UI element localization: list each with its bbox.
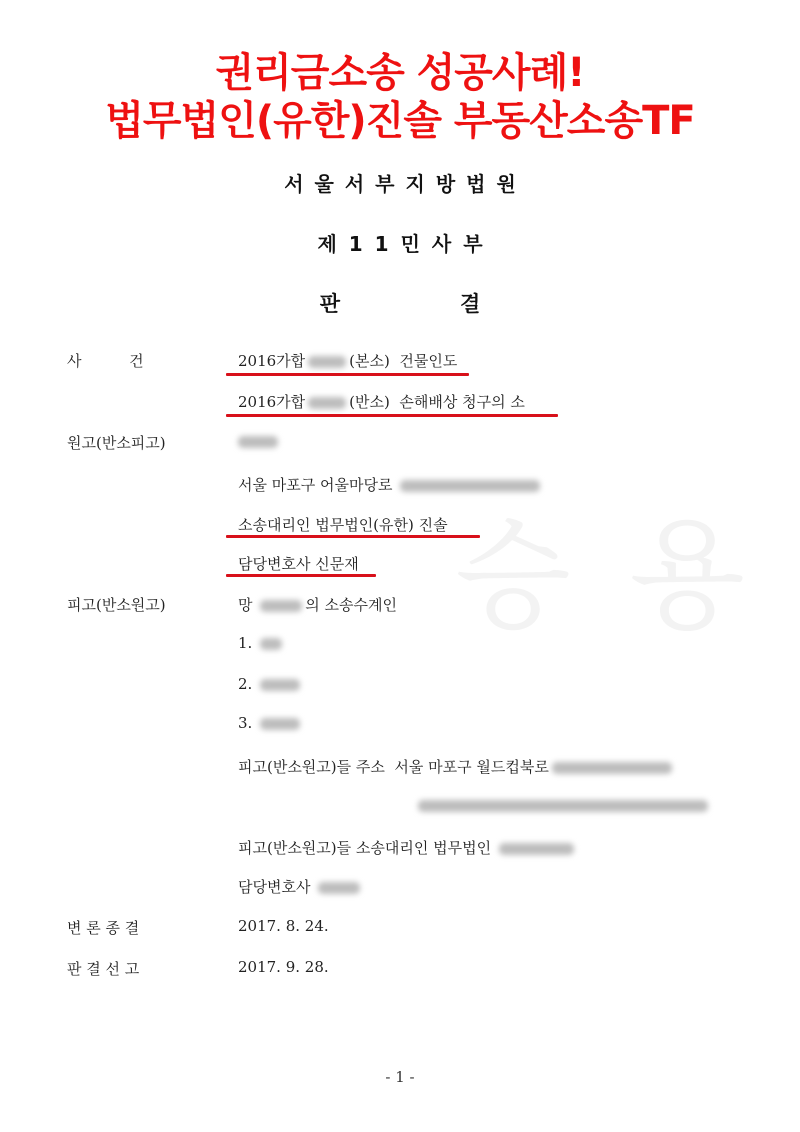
defendant-item-2: 2.	[238, 675, 303, 693]
defendant-address: 피고(반소원고)들 주소 서울 마포구 월드컵북로	[238, 756, 675, 777]
defendant-label: 피고(반소원고)	[67, 594, 166, 615]
redacted-text	[552, 762, 672, 774]
banner-headline: 권리금소송 성공사례!	[0, 50, 800, 96]
defendant-heirs: 망 의 소송수계인	[238, 594, 397, 615]
title-char-left: 판	[320, 288, 340, 318]
sentence-date-label: 판 결 선 고	[67, 958, 139, 979]
document-title: 판결	[0, 288, 800, 318]
court-division: 제11민사부	[0, 228, 800, 257]
highlight-underline	[226, 535, 480, 538]
redacted-text	[318, 882, 360, 894]
redacted-text	[238, 436, 278, 448]
case-label: 사 건	[67, 350, 144, 371]
plaintiff-name	[238, 432, 281, 450]
redacted-text	[260, 600, 302, 612]
closing-date-value: 2017. 8. 24.	[238, 917, 329, 935]
redacted-text	[400, 480, 540, 492]
highlight-underline	[226, 414, 558, 417]
banner-subheadline: 법무법인(유한)진솔 부동산소송TF	[0, 98, 800, 144]
sentence-date-value: 2017. 9. 28.	[238, 958, 329, 976]
page-number: - 1 -	[0, 1068, 800, 1086]
plaintiff-counsel: 소송대리인 법무법인(유한) 진솔	[238, 514, 448, 535]
redacted-text	[499, 843, 574, 855]
court-name: 서울서부지방법원	[0, 168, 800, 197]
redacted-text	[260, 679, 300, 691]
defendant-address-cont	[418, 796, 711, 814]
redacted-text	[260, 638, 282, 650]
redacted-text	[308, 397, 346, 409]
case-number-main: 2016가합(본소) 건물인도	[238, 350, 457, 371]
highlight-underline	[226, 574, 376, 577]
defendant-item-3: 3.	[238, 714, 303, 732]
defendant-item-1: 1.	[238, 634, 285, 652]
title-char-right: 결	[460, 288, 480, 318]
redacted-text	[308, 356, 346, 368]
background-watermark: 승 용	[455, 480, 755, 652]
redacted-text	[260, 718, 300, 730]
defendant-attorney: 담당변호사	[238, 876, 363, 897]
closing-date-label: 변 론 종 결	[67, 917, 139, 938]
defendant-counsel: 피고(반소원고)들 소송대리인 법무법인	[238, 837, 577, 858]
plaintiff-label: 원고(반소피고)	[67, 432, 166, 453]
highlight-underline	[226, 373, 469, 376]
plaintiff-attorney: 담당변호사 신문재	[238, 553, 359, 574]
redacted-text	[418, 800, 708, 812]
plaintiff-address: 서울 마포구 어울마당로	[238, 474, 543, 495]
case-number-counter: 2016가합(반소) 손해배상 청구의 소	[238, 391, 525, 412]
